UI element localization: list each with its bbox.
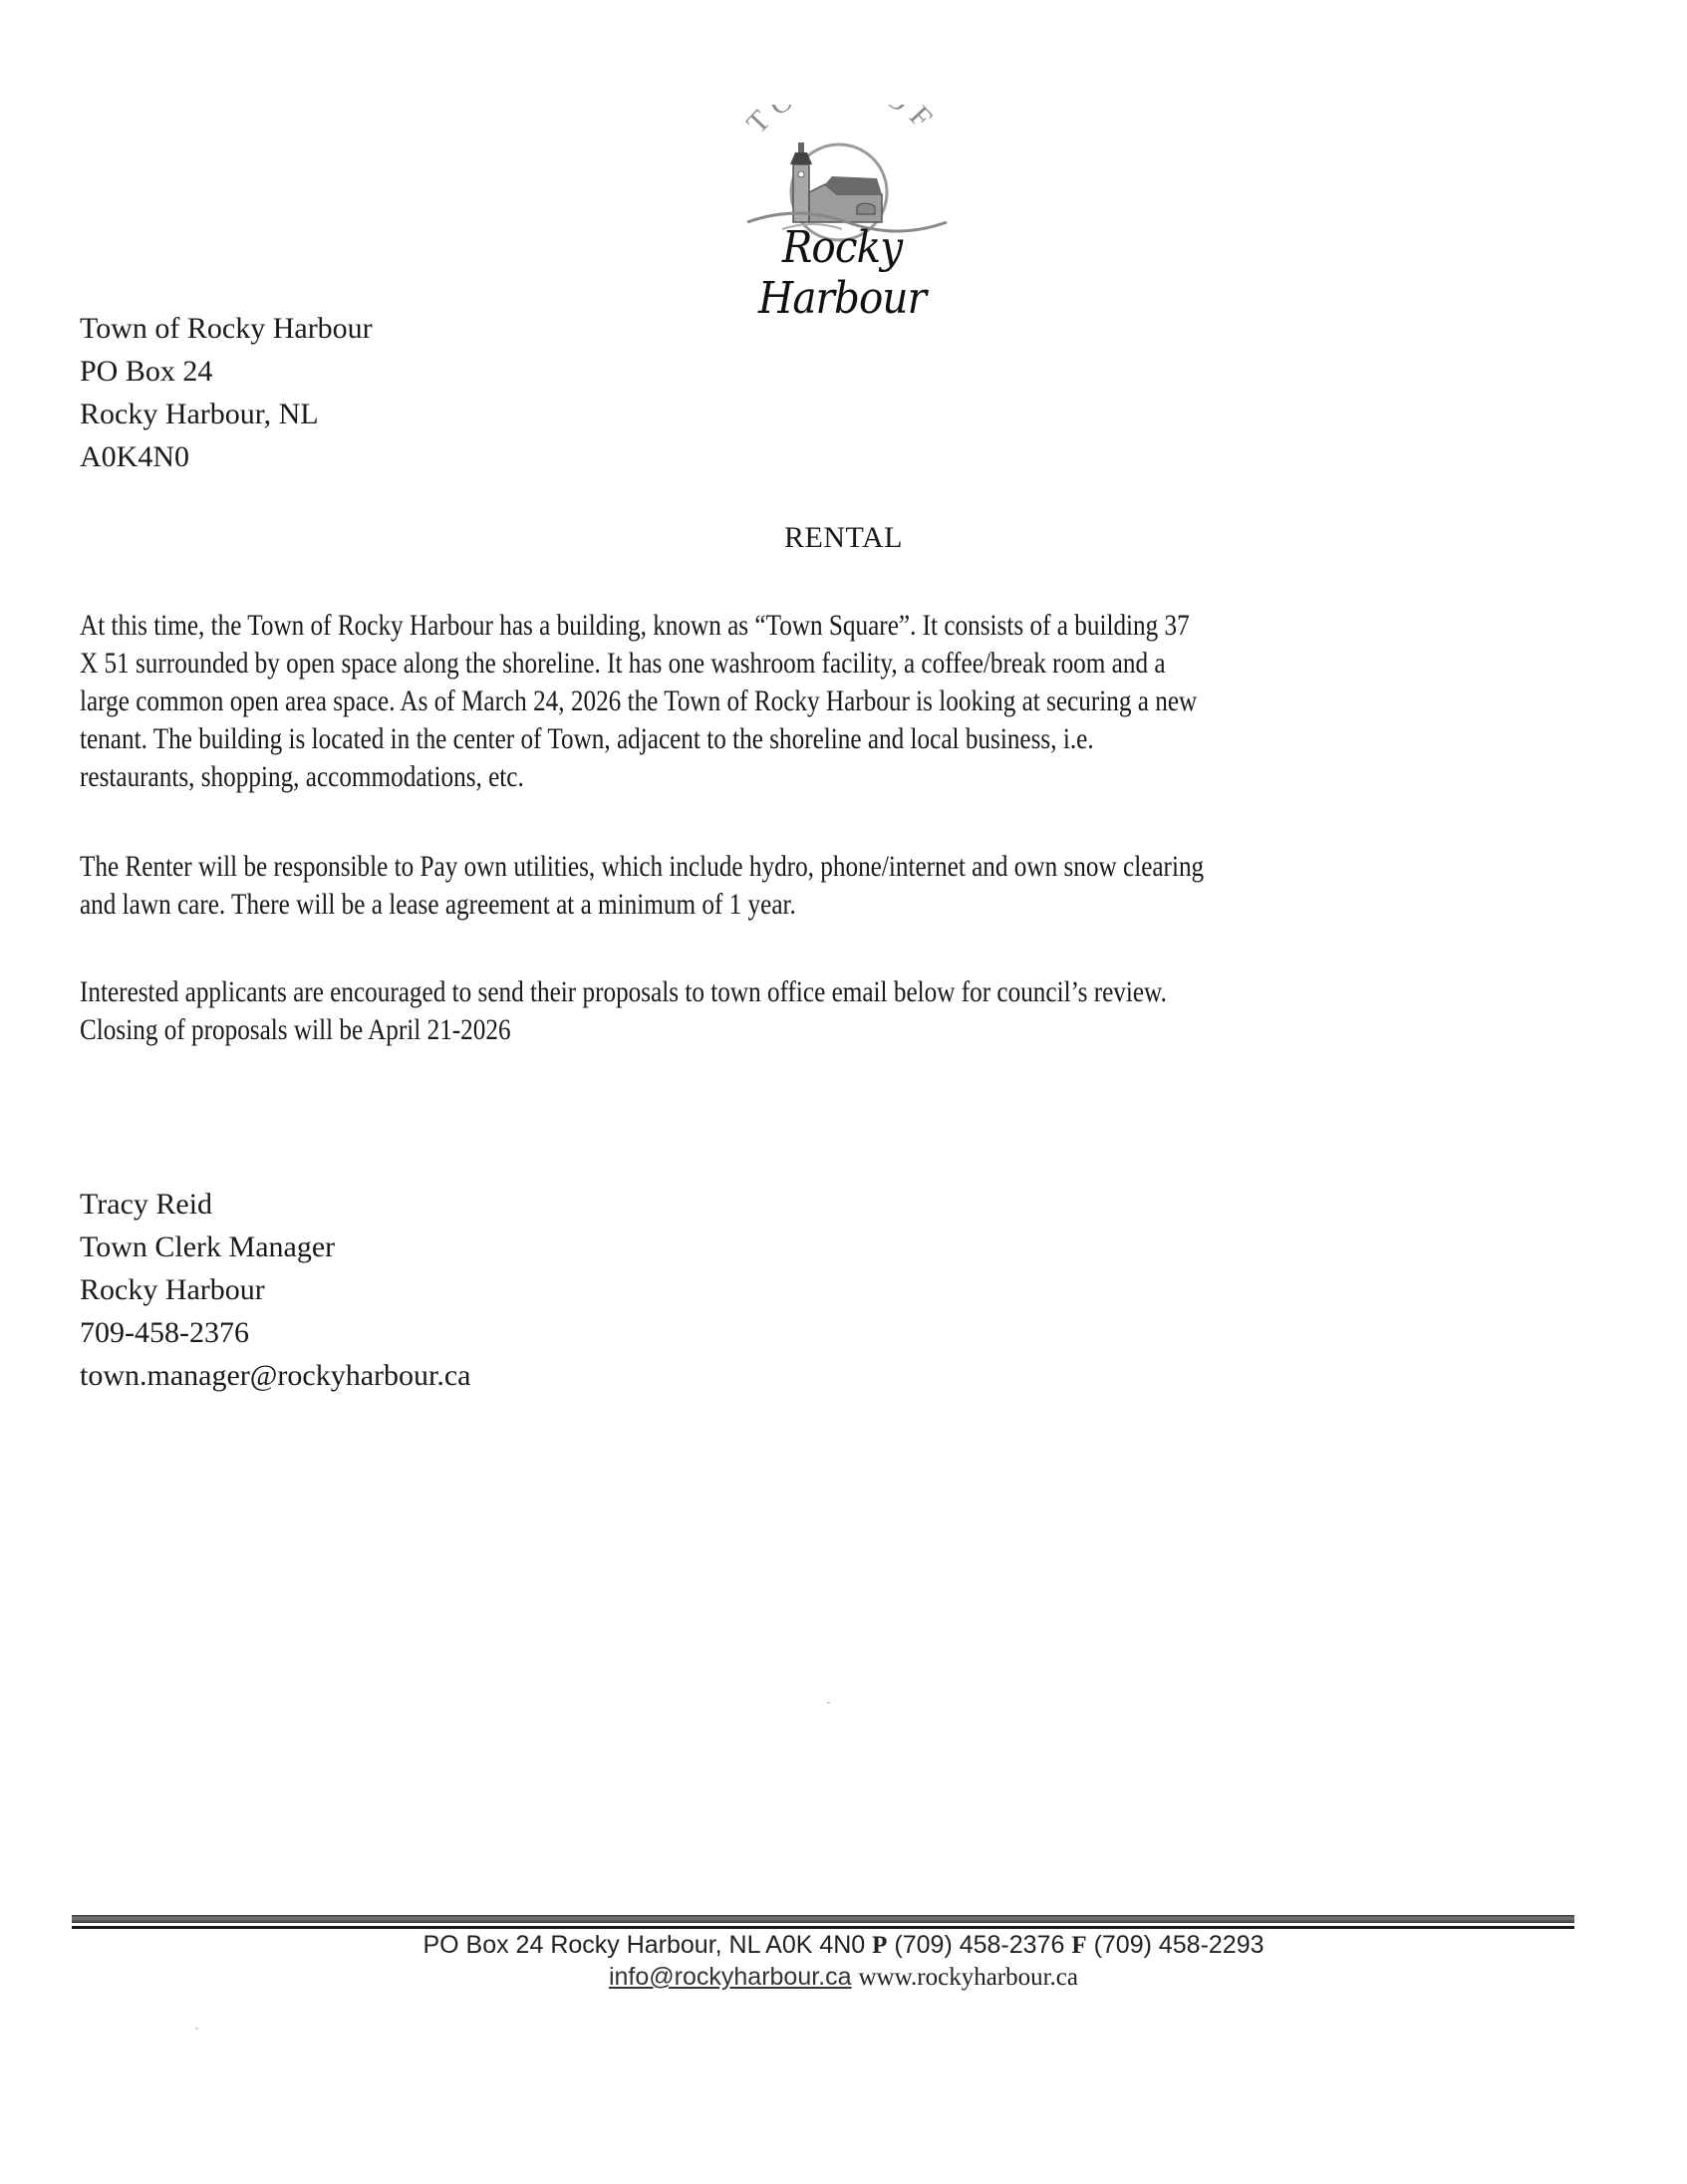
address-line: A0K4N0 xyxy=(80,435,373,478)
address-line: Rocky Harbour, NL xyxy=(80,393,373,435)
paragraph-proposals: Interested applicants are encouraged to … xyxy=(80,973,1574,1049)
logo-script-text: Rocky Harbour xyxy=(700,222,984,324)
paragraph-line: Closing of proposals will be April 21-20… xyxy=(80,1011,511,1049)
scan-speck xyxy=(195,2028,198,2030)
paragraph-line: restaurants, shopping, accommodations, e… xyxy=(80,758,524,796)
scan-speck xyxy=(827,1702,830,1704)
footer-address: PO Box 24 Rocky Harbour, NL A0K 4N0 xyxy=(422,1931,865,1959)
signatory-email[interactable]: town.manager@rockyharbour.ca xyxy=(80,1354,470,1397)
footer-contact-line: PO Box 24 Rocky Harbour, NL A0K 4N0 P (7… xyxy=(0,1931,1687,1960)
paragraph-description: At this time, the Town of Rocky Harbour … xyxy=(80,607,1574,796)
signatory-town: Rocky Harbour xyxy=(80,1268,470,1311)
signatory-name: Tracy Reid xyxy=(80,1183,470,1226)
paragraph-line: and lawn care. There will be a lease agr… xyxy=(80,886,796,924)
footer-phone-label: P xyxy=(872,1932,887,1959)
paragraph-line: At this time, the Town of Rocky Harbour … xyxy=(80,607,1190,645)
paragraph-line: The Renter will be responsible to Pay ow… xyxy=(80,848,1204,886)
document-title: RENTAL xyxy=(0,521,1687,555)
address-line: PO Box 24 xyxy=(80,350,373,393)
paragraph-line: X 51 surrounded by open space along the … xyxy=(80,645,1166,682)
signatory-phone: 709-458-2376 xyxy=(80,1311,470,1354)
town-logo: TOWN OF Rocky Harbour xyxy=(688,105,996,304)
footer-divider xyxy=(72,1915,1574,1929)
address-line: Town of Rocky Harbour xyxy=(80,307,373,350)
footer-fax-label: F xyxy=(1071,1932,1086,1959)
footer-web-line: info@rockyharbour.ca www.rockyharbour.ca xyxy=(0,1963,1687,1992)
paragraph-line: Interested applicants are encouraged to … xyxy=(80,973,1167,1011)
signature-block: Tracy Reid Town Clerk Manager Rocky Harb… xyxy=(80,1183,470,1397)
paragraph-responsibilities: The Renter will be responsible to Pay ow… xyxy=(80,848,1574,924)
sender-address: Town of Rocky Harbour PO Box 24 Rocky Ha… xyxy=(80,307,373,478)
logo-arc-text: TOWN OF xyxy=(740,105,944,140)
footer-fax: (709) 458-2293 xyxy=(1094,1931,1265,1959)
footer-email-link[interactable]: info@rockyharbour.ca xyxy=(609,1963,852,1991)
footer-phone: (709) 458-2376 xyxy=(894,1931,1064,1959)
footer-website[interactable]: www.rockyharbour.ca xyxy=(858,1964,1078,1991)
paragraph-line: tenant. The building is located in the c… xyxy=(80,720,1094,758)
signatory-position: Town Clerk Manager xyxy=(80,1226,470,1268)
svg-text:TOWN OF: TOWN OF xyxy=(740,105,944,140)
paragraph-line: large common open area space. As of Marc… xyxy=(80,682,1197,720)
